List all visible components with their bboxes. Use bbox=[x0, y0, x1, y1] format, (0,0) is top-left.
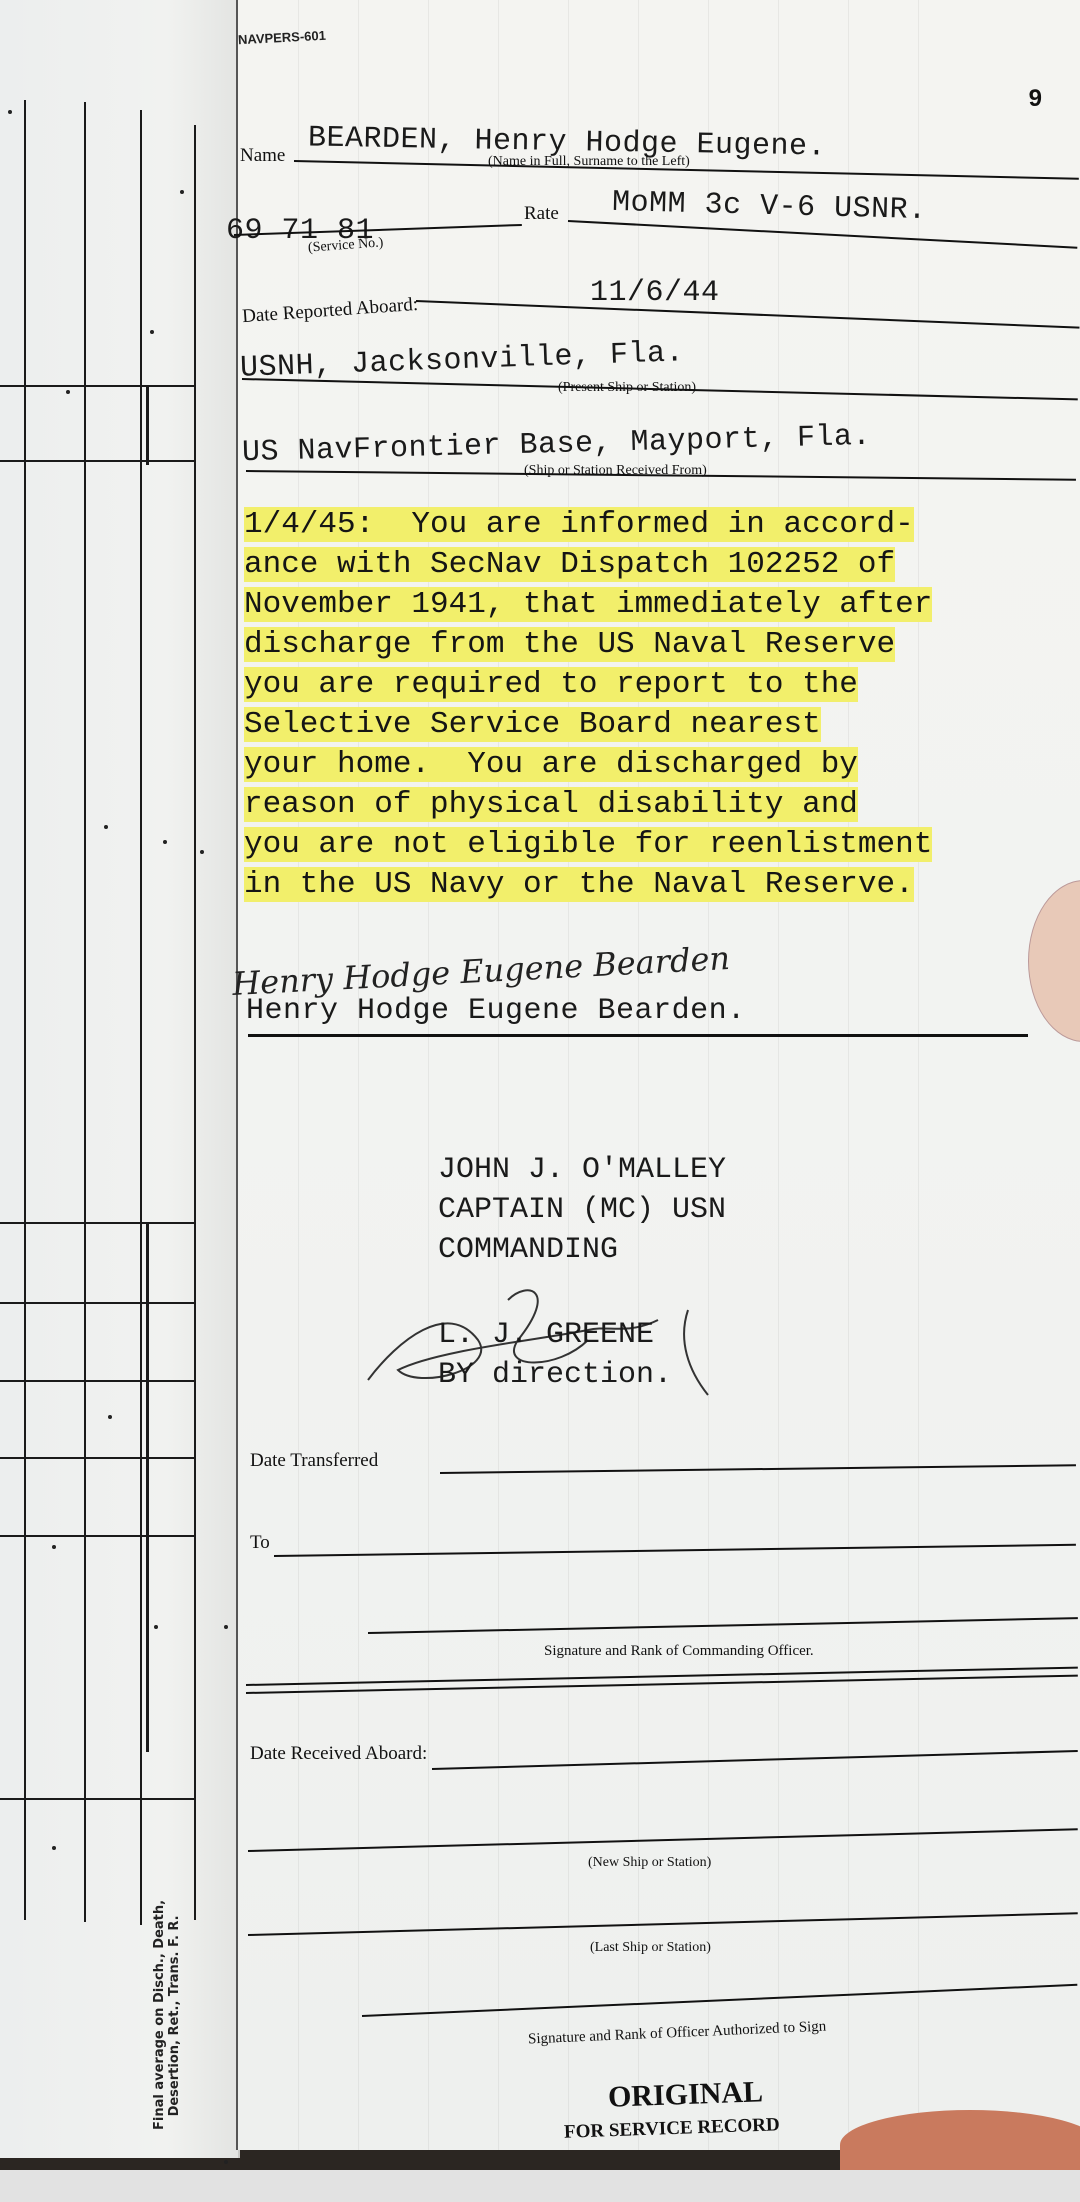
name-caption: (Name in Full, Surname to the Left) bbox=[488, 154, 690, 170]
to-field[interactable] bbox=[274, 1544, 1076, 1557]
present-station-value: USNH, Jacksonville, Fla. bbox=[240, 336, 685, 385]
discharge-entry: 1/4/45: You are informed in accord- ance… bbox=[238, 505, 1078, 905]
officer-signature-caption: Signature and Rank of Officer Authorized… bbox=[528, 2018, 827, 2048]
row-rule bbox=[0, 1457, 196, 1459]
row-rule bbox=[0, 1380, 196, 1382]
signature-rule bbox=[248, 1034, 1028, 1037]
new-station-caption: (New Ship or Station) bbox=[588, 1855, 711, 1871]
last-station-field[interactable] bbox=[248, 1912, 1078, 1936]
by-direction: BY direction. bbox=[438, 1355, 672, 1395]
record-page: NAVPERS-601 9 Name BEARDEN, Henry Hodge … bbox=[236, 0, 1080, 2150]
entry-line: reason of physical disability and bbox=[244, 787, 858, 822]
column-rule bbox=[140, 110, 142, 1925]
column-rule bbox=[84, 102, 86, 1922]
row-rule bbox=[0, 460, 194, 462]
column-rule bbox=[24, 100, 26, 1920]
present-station-caption: (Present Ship or Station) bbox=[558, 380, 696, 396]
date-reported-rule bbox=[416, 300, 1080, 329]
entry-line: you are required to report to the bbox=[244, 667, 858, 702]
column-rule bbox=[146, 385, 149, 465]
entry-line: Selective Service Board nearest bbox=[244, 707, 821, 742]
rate-label: Rate bbox=[524, 203, 559, 225]
commanding-officer-line3: COMMANDING bbox=[438, 1230, 618, 1270]
row-rule bbox=[0, 1535, 196, 1537]
column-rule bbox=[194, 125, 196, 1920]
co-signature-field[interactable] bbox=[368, 1617, 1078, 1634]
entry-line: November 1941, that immediately after bbox=[244, 587, 932, 622]
row-rule bbox=[0, 1222, 196, 1224]
row-rule bbox=[0, 1302, 196, 1304]
date-received-field[interactable] bbox=[432, 1750, 1078, 1770]
form-number: NAVPERS-601 bbox=[238, 28, 327, 48]
left-page: Final average on Disch., Death, Desertio… bbox=[0, 0, 240, 2158]
for-service-record: FOR SERVICE RECORD bbox=[564, 2114, 780, 2144]
typed-signature: Henry Hodge Eugene Bearden. bbox=[246, 994, 746, 1028]
entry-line: discharge from the US Naval Reserve bbox=[244, 627, 895, 662]
rate-value: MoMM 3c V-6 USNR. bbox=[612, 186, 927, 228]
date-transferred-label: Date Transferred bbox=[250, 1450, 378, 1472]
final-average-caption: Final average on Disch., Death, Desertio… bbox=[152, 1800, 192, 2130]
row-rule bbox=[0, 385, 194, 387]
document-photo: Final average on Disch., Death, Desertio… bbox=[0, 0, 1080, 2170]
date-received-label: Date Received Aboard: bbox=[250, 1743, 427, 1765]
received-from-caption: (Ship or Station Received From) bbox=[524, 463, 707, 479]
entry-line: in the US Navy or the Naval Reserve. bbox=[244, 867, 914, 902]
to-label: To bbox=[250, 1532, 270, 1554]
date-transferred-field[interactable] bbox=[440, 1464, 1076, 1474]
entry-line: you are not eligible for reenlistment bbox=[244, 827, 932, 862]
double-rule-bottom bbox=[246, 1675, 1078, 1694]
page-number: 9 bbox=[1029, 85, 1042, 113]
date-reported-label: Date Reported Aboard: bbox=[241, 294, 418, 328]
co-signature-caption: Signature and Rank of Commanding Officer… bbox=[544, 1643, 814, 1660]
last-station-caption: (Last Ship or Station) bbox=[590, 1940, 711, 1956]
date-reported-value: 11/6/44 bbox=[590, 276, 720, 310]
original-stamp: ORIGINAL bbox=[607, 2075, 763, 2114]
commanding-officer-line1: JOHN J. O'MALLEY bbox=[438, 1150, 726, 1190]
name-label: Name bbox=[240, 145, 285, 167]
entry-line: your home. You are discharged by bbox=[244, 747, 858, 782]
entry-line: ance with SecNav Dispatch 102252 of bbox=[244, 547, 895, 582]
signer-typed-name: L. J. GREENE bbox=[438, 1315, 654, 1355]
officer-signature-field[interactable] bbox=[362, 1984, 1077, 2017]
commanding-officer-line2: CAPTAIN (MC) USN bbox=[438, 1190, 726, 1230]
entry-line: 1/4/45: You are informed in accord- bbox=[244, 507, 914, 542]
new-station-field[interactable] bbox=[248, 1828, 1078, 1852]
